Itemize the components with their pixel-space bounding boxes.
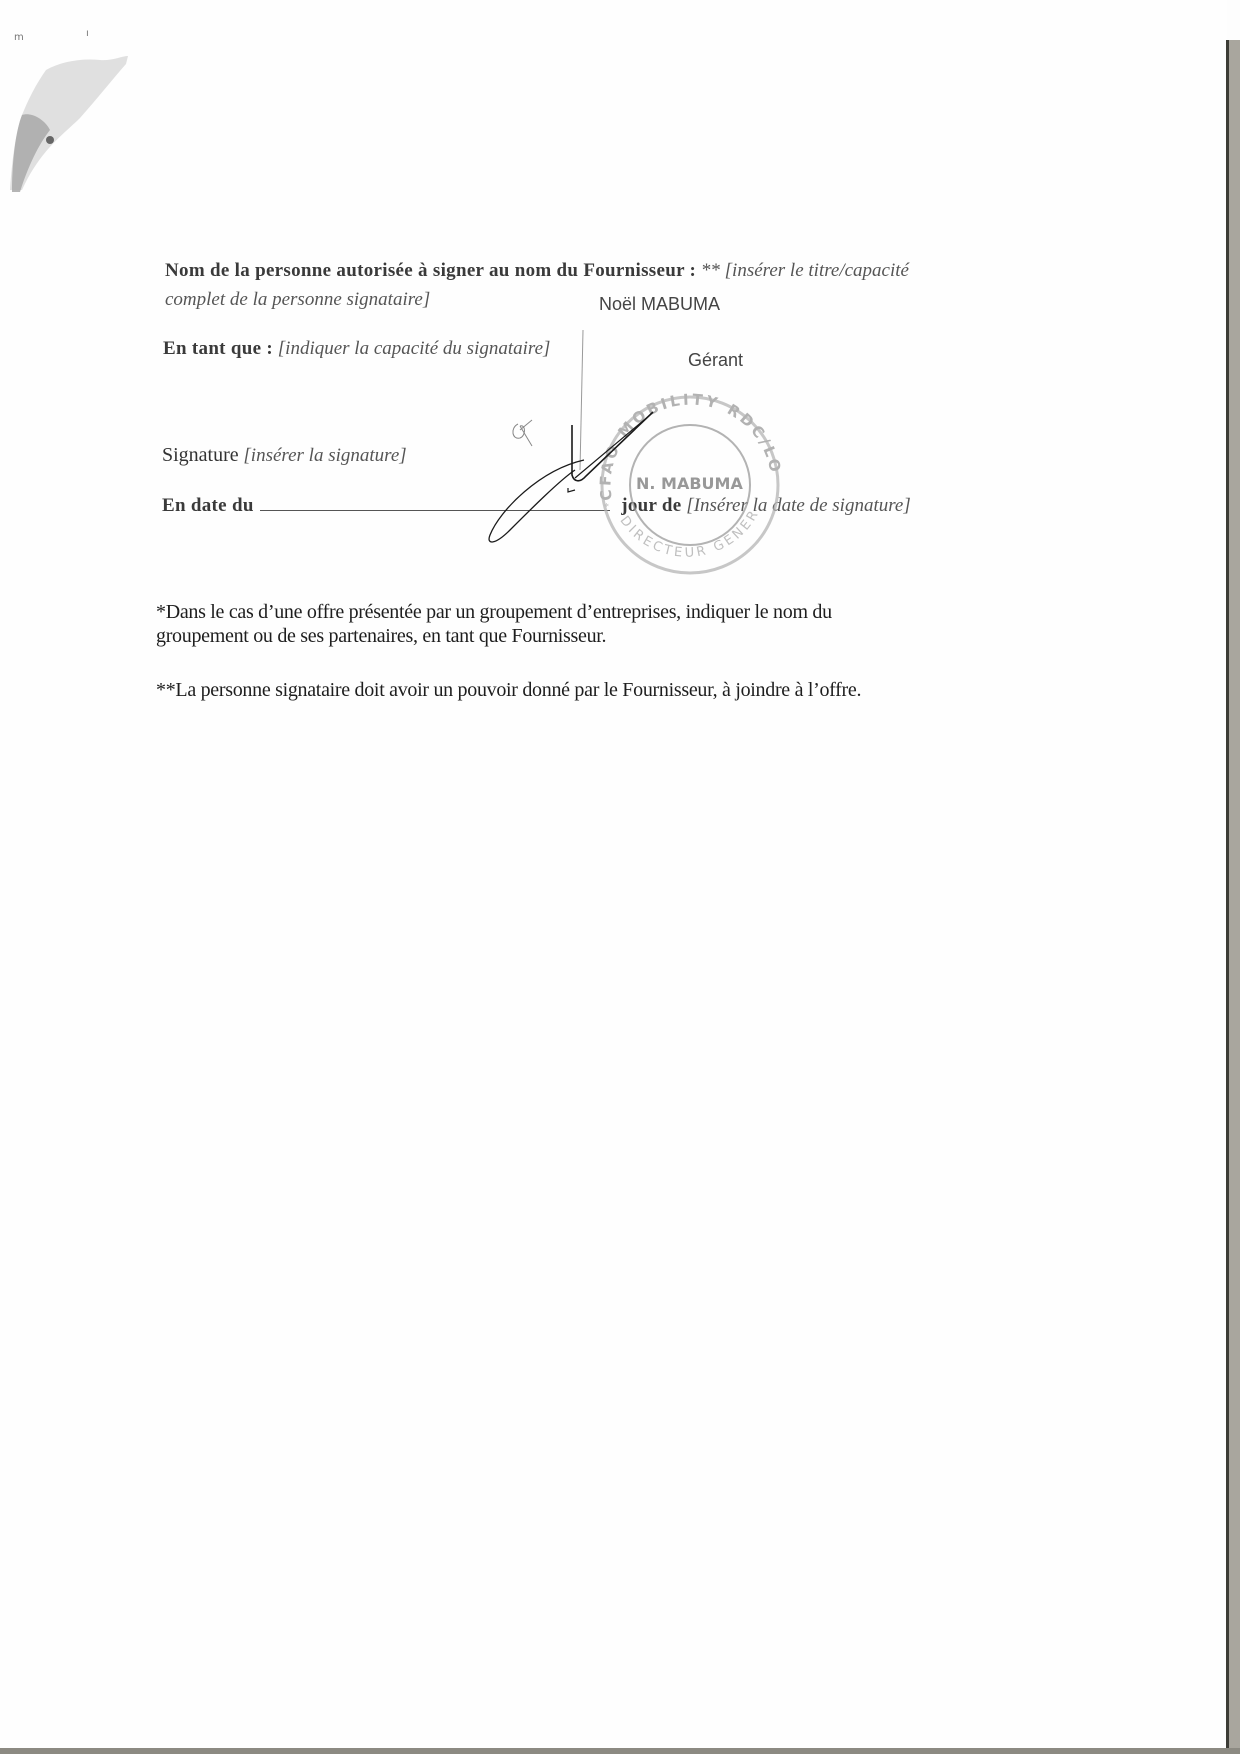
date-label: En date du (162, 495, 254, 516)
scan-edge-right (1226, 40, 1229, 1750)
footnote-1-line2: groupement ou de ses partenaires, en tan… (156, 622, 606, 650)
signature-row: Signature [insérer la signature] (162, 444, 407, 467)
authorized-person-row: Nom de la personne autorisée à signer au… (165, 260, 909, 282)
authorized-person-label: Nom de la personne autorisée à signer au… (165, 260, 696, 281)
date-hint: [Insérer la date de signature] (686, 495, 910, 516)
scan-edge-bottom (0, 1748, 1240, 1754)
authorized-person-hint: [insérer le titre/capacité (725, 260, 909, 281)
date-middle-label: jour de (621, 495, 681, 516)
authorized-person-value[interactable]: Noël MABUMA (599, 293, 720, 315)
authorized-person-hint-cont: complet de la personne signataire] (165, 289, 430, 311)
capacity-value[interactable]: Gérant (688, 349, 743, 371)
scan-edge-shade (1229, 40, 1240, 1754)
capacity-label: En tant que : (163, 338, 273, 359)
svg-text:ı: ı (86, 28, 89, 39)
signature-label: Signature (162, 444, 239, 466)
date-day-field[interactable] (260, 496, 610, 511)
date-row: En date du jour de [Insérer la date de s… (162, 495, 911, 517)
svg-text:m: m (14, 32, 24, 43)
scan-smudge-artifact: m ı (0, 0, 160, 220)
capacity-row: En tant que : [indiquer la capacité du s… (163, 338, 550, 360)
footnote-2: **La personne signataire doit avoir un p… (156, 676, 861, 704)
footnote-ref: ** (701, 260, 720, 281)
signature-hint: [insérer la signature] (243, 445, 406, 466)
capacity-hint: [indiquer la capacité du signataire] (278, 338, 551, 359)
